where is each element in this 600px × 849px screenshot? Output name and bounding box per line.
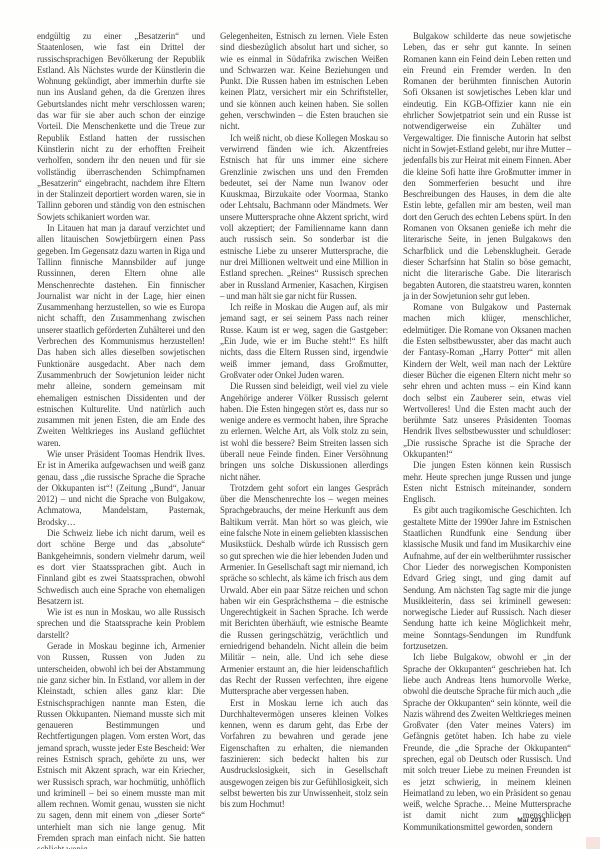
- paragraph: Bulgakow schilderte das neue sowjetische…: [403, 31, 571, 302]
- page-corner-mark: [586, 837, 600, 849]
- paragraph: endgültig zu einer „Besatzerin“ und Staa…: [37, 31, 205, 223]
- paragraph: Wie unser Präsident Toomas Hendrik Ilves…: [37, 449, 205, 528]
- paragraph: Die Schweiz liebe ich nicht darum, weil …: [37, 528, 205, 607]
- paragraph: Wie ist es nun in Moskau, wo alle Russis…: [37, 607, 205, 641]
- paragraph: Die jungen Esten können kein Russisch me…: [403, 460, 571, 505]
- paragraph: Ich liebe Bulgakow, obwohl er „in der Sp…: [403, 652, 571, 833]
- paragraph: Erst in Moskau lerne ich auch das Durchh…: [220, 698, 388, 811]
- paragraph: Trotzdem geht sofort ein langes Gespräch…: [220, 483, 388, 698]
- paragraph: Es gibt auch tragikomische Geschichten. …: [403, 505, 571, 652]
- paragraph: Gerade in Moskau beginne ich, Armenier v…: [37, 641, 205, 849]
- text-columns: endgültig zu einer „Besatzerin“ und Staa…: [37, 31, 571, 849]
- paragraph: Ich weiß nicht, ob diese Kollegen Moskau…: [220, 133, 388, 302]
- paragraph: In Litauen hat man ja darauf verzichtet …: [37, 223, 205, 449]
- page-footer: Mai 2014 61: [517, 813, 570, 825]
- magazine-page: endgültig zu einer „Besatzerin“ und Staa…: [0, 0, 600, 849]
- paragraph: Gelegenheiten, Estnisch zu lernen. Viele…: [220, 31, 388, 133]
- text-column: Bulgakow schilderte das neue sowjetische…: [403, 31, 571, 849]
- paragraph: Ich reiße in Moskau die Augen auf, als m…: [220, 302, 388, 381]
- text-column: endgültig zu einer „Besatzerin“ und Staa…: [37, 31, 205, 849]
- paragraph: Romane von Bulgakow und Pasternak machen…: [403, 302, 571, 460]
- text-column: Gelegenheiten, Estnisch zu lernen. Viele…: [220, 31, 388, 849]
- footer-issue-label: Mai 2014: [517, 817, 546, 824]
- footer-page-number: 61: [559, 813, 570, 825]
- paragraph: Die Russen sind beleidigt, weil viel zu …: [220, 381, 388, 483]
